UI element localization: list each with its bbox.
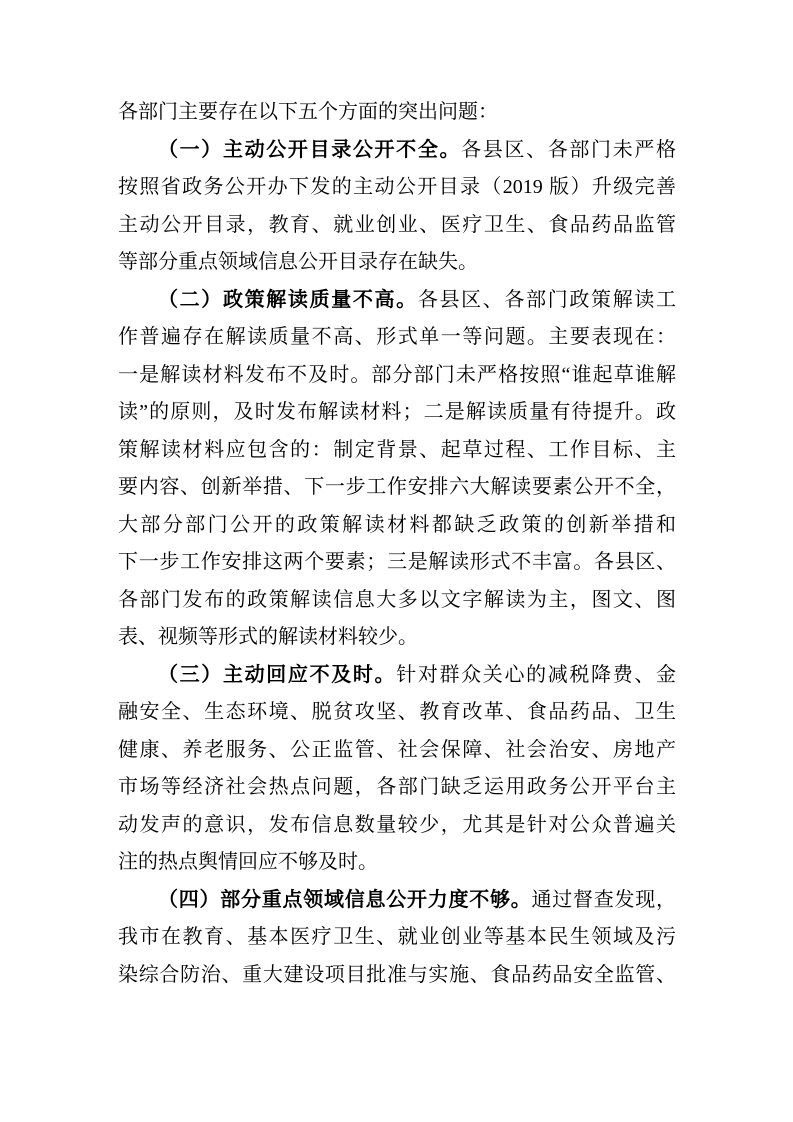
body-text: 要内容、创新举措、下一步工作安排六大解读要素公开不全， xyxy=(118,476,676,498)
section-heading: （一）主动公开目录公开不全。 xyxy=(158,139,461,161)
text-line: （一）主动公开目录公开不全。各县区、各部门未严格 xyxy=(118,132,676,170)
body-text: 各县区、各部门未严格 xyxy=(461,139,676,161)
text-line: 等部分重点领域信息公开目录存在缺失。 xyxy=(118,244,676,282)
text-line: 各部门发布的政策解读信息大多以文字解读为主，图文、图 xyxy=(118,582,676,620)
body-text: 健康、养老服务、公正监管、社会保障、社会治安、房地产 xyxy=(118,739,676,761)
text-line: 大部分部门公开的政策解读材料都缺乏政策的创新举措和 xyxy=(118,507,676,545)
text-line: （四）部分重点领域信息公开力度不够。通过督查发现， xyxy=(118,882,676,920)
body-text: 动发声的意识，发布信息数量较少，尤其是针对公众普遍关 xyxy=(118,814,676,836)
section-heading: （三）主动回应不及时。 xyxy=(158,664,396,686)
body-text: 按照省政务公开办下发的主动公开目录（2019 版）升级完善 xyxy=(118,176,676,198)
document-page: 各部门主要存在以下五个方面的突出问题：（一）主动公开目录公开不全。各县区、各部门… xyxy=(0,0,793,1122)
text-line: 表、视频等形式的解读材料较少。 xyxy=(118,619,676,657)
body-text: 融安全、生态环境、脱贫攻坚、教育改革、食品药品、卫生 xyxy=(118,701,676,723)
text-line: 按照省政务公开办下发的主动公开目录（2019 版）升级完善 xyxy=(118,169,676,207)
text-line: 市场等经济社会热点问题，各部门缺乏运用政务公开平台主 xyxy=(118,769,676,807)
text-line: （二）政策解读质量不高。各县区、各部门政策解读工 xyxy=(118,282,676,320)
body-text: 注的热点舆情回应不够及时。 xyxy=(118,851,378,873)
body-text: 各部门发布的政策解读信息大多以文字解读为主，图文、图 xyxy=(118,589,676,611)
body-text: 策解读材料应包含的：制定背景、起草过程、工作目标、主 xyxy=(118,439,676,461)
text-line: （三）主动回应不及时。针对群众关心的减税降费、金 xyxy=(118,657,676,695)
body-text: 等部分重点领域信息公开目录存在缺失。 xyxy=(118,251,478,273)
text-line: 策解读材料应包含的：制定背景、起草过程、工作目标、主 xyxy=(118,432,676,470)
body-text: 各县区、各部门政策解读工 xyxy=(418,289,676,311)
text-line: 染综合防治、重大建设项目批准与实施、食品药品安全监管、 xyxy=(118,957,676,995)
text-line: 融安全、生态环境、脱贫攻坚、教育改革、食品药品、卫生 xyxy=(118,694,676,732)
text-line: 一是解读材料发布不及时。部分部门未严格按照“谁起草谁解 xyxy=(118,357,676,395)
document-body: 各部门主要存在以下五个方面的突出问题：（一）主动公开目录公开不全。各县区、各部门… xyxy=(118,94,676,994)
text-line: 动发声的意识，发布信息数量较少，尤其是针对公众普遍关 xyxy=(118,807,676,845)
body-text: 一是解读材料发布不及时。部分部门未严格按照“谁起草谁解 xyxy=(118,364,676,386)
text-line: 我市在教育、基本医疗卫生、就业创业等基本民生领域及污 xyxy=(118,919,676,957)
text-line: 作普遍存在解读质量不高、形式单一等问题。主要表现在： xyxy=(118,319,676,357)
text-line: 健康、养老服务、公正监管、社会保障、社会治安、房地产 xyxy=(118,732,676,770)
text-line: 各部门主要存在以下五个方面的突出问题： xyxy=(118,94,676,132)
body-text: 染综合防治、重大建设项目批准与实施、食品药品安全监管、 xyxy=(118,964,676,986)
body-text: 作普遍存在解读质量不高、形式单一等问题。主要表现在： xyxy=(118,326,676,348)
body-text: 读”的原则，及时发布解读材料；二是解读质量有待提升。政 xyxy=(118,401,676,423)
text-line: 注的热点舆情回应不够及时。 xyxy=(118,844,676,882)
section-heading: （四）部分重点领域信息公开力度不够。 xyxy=(158,889,532,911)
body-text: 针对群众关心的减税降费、金 xyxy=(396,664,676,686)
text-line: 读”的原则，及时发布解读材料；二是解读质量有待提升。政 xyxy=(118,394,676,432)
text-line: 主动公开目录，教育、就业创业、医疗卫生、食品药品监管 xyxy=(118,207,676,245)
body-text: 主动公开目录，教育、就业创业、医疗卫生、食品药品监管 xyxy=(118,214,676,236)
body-text: 各部门主要存在以下五个方面的突出问题： xyxy=(118,101,498,123)
body-text: 通过督查发现， xyxy=(532,889,677,911)
text-line: 要内容、创新举措、下一步工作安排六大解读要素公开不全， xyxy=(118,469,676,507)
body-text: 大部分部门公开的政策解读材料都缺乏政策的创新举措和 xyxy=(118,514,676,536)
body-text: 下一步工作安排这两个要素；三是解读形式不丰富。各县区、 xyxy=(118,551,676,573)
body-text: 表、视频等形式的解读材料较少。 xyxy=(118,626,418,648)
text-line: 下一步工作安排这两个要素；三是解读形式不丰富。各县区、 xyxy=(118,544,676,582)
body-text: 市场等经济社会热点问题，各部门缺乏运用政务公开平台主 xyxy=(118,776,676,798)
body-text: 我市在教育、基本医疗卫生、就业创业等基本民生领域及污 xyxy=(118,926,676,948)
section-heading: （二）政策解读质量不高。 xyxy=(158,289,418,311)
